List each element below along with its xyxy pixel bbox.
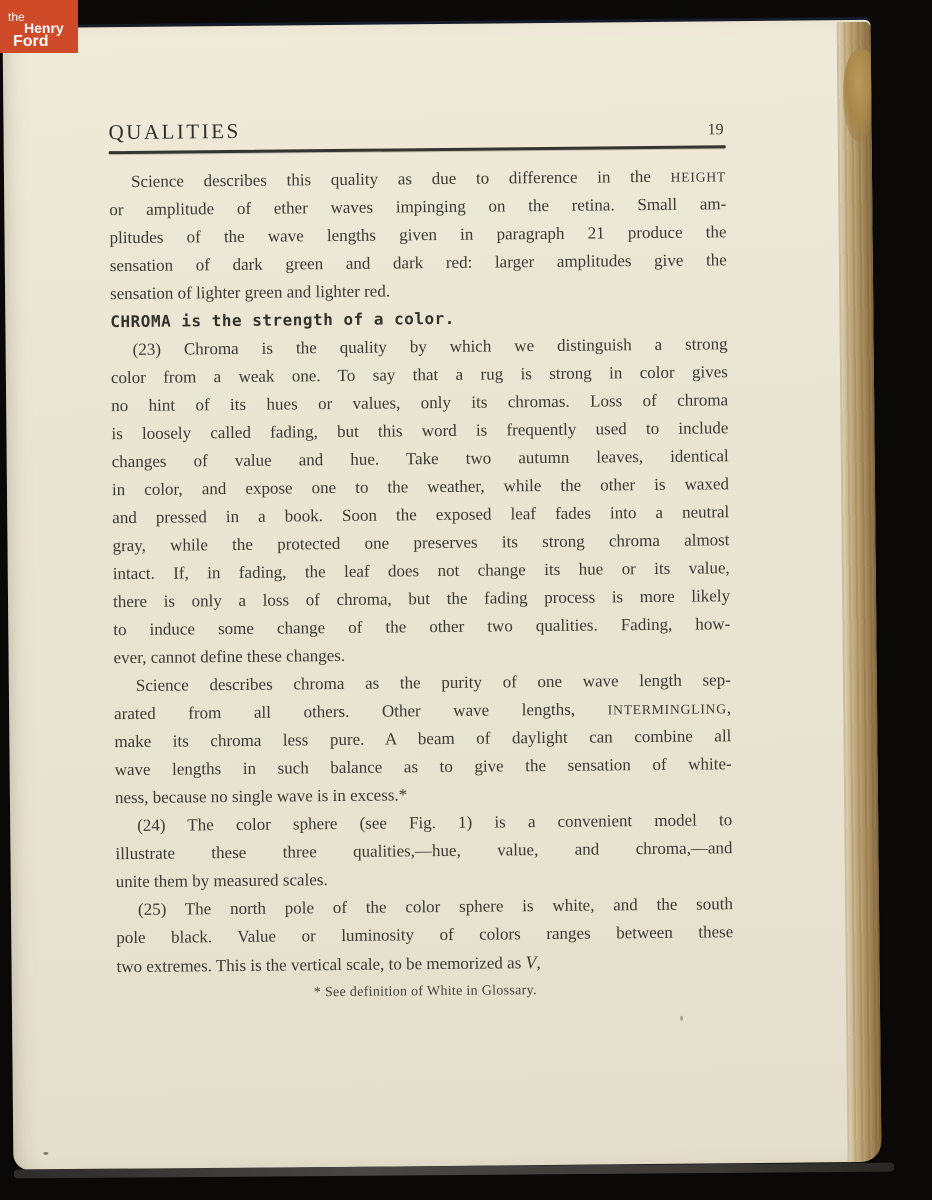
text-segment: or amplitude of ether waves impinging on… bbox=[109, 194, 726, 219]
text-segment: sensation of lighter green and lighter r… bbox=[110, 281, 390, 303]
text-segment: make its chroma less pure. A beam of day… bbox=[114, 726, 731, 751]
footnote: * See definition of White in Glossary. bbox=[117, 981, 734, 1003]
text-segment: gray, while the protected one preserves … bbox=[112, 530, 729, 555]
page-number: 19 bbox=[707, 121, 725, 139]
text-segment: arated from all others. Other wave lengt… bbox=[114, 699, 608, 723]
text-segment: pole black. Value or luminosity of color… bbox=[116, 922, 733, 947]
logo-text-the: the bbox=[8, 11, 25, 23]
henry-ford-logo: the Henry Ford bbox=[0, 0, 78, 53]
text-line: two extremes. This is the vertical scale… bbox=[116, 946, 733, 980]
text-segment: , bbox=[727, 698, 731, 717]
corner-wear-spot bbox=[843, 50, 878, 142]
page-edge-streaks bbox=[837, 22, 882, 1162]
text-line: to induce some change of the other two q… bbox=[113, 610, 730, 644]
text-block: Science describes this quality as due to… bbox=[109, 162, 734, 980]
running-head: QUALITIES 19 bbox=[108, 109, 725, 145]
text-segment: , bbox=[536, 953, 540, 972]
text-segment: color from a weak one. To say that a rug… bbox=[111, 362, 728, 387]
text-segment: and pressed in a book. Soon the exposed … bbox=[112, 502, 729, 527]
text-segment: sensation of dark green and dark red: la… bbox=[110, 250, 727, 275]
text-line: pole black. Value or luminosity of color… bbox=[116, 918, 733, 952]
text-segment: (23) Chroma is the quality by which we d… bbox=[133, 334, 728, 359]
text-segment: illustrate these three qualities,—hue, v… bbox=[115, 838, 732, 863]
text-segment: no hint of its hues or values, only its … bbox=[111, 390, 728, 415]
text-segment: changes of value and hue. Take two autum… bbox=[112, 446, 729, 471]
text-segment: two extremes. This is the vertical scale… bbox=[116, 953, 525, 976]
book-page: QUALITIES 19 Science describes this qual… bbox=[3, 20, 882, 1170]
logo-text-ford: Ford bbox=[13, 34, 49, 50]
page-content: QUALITIES 19 Science describes this qual… bbox=[108, 109, 733, 1003]
text-segment: CHROMA is the strength of a color. bbox=[110, 309, 455, 331]
book-fore-edge bbox=[837, 22, 882, 1162]
text-segment: unite them by measured scales. bbox=[116, 870, 328, 891]
text-segment: intact. If, in fading, the leaf does not… bbox=[113, 558, 730, 583]
text-segment: wave lengths in such balance as to give … bbox=[115, 754, 732, 779]
text-segment: INTERMINGLING bbox=[608, 701, 727, 717]
scan-background: QUALITIES 19 Science describes this qual… bbox=[0, 0, 932, 1200]
text-segment: plitudes of the wave lengths given in pa… bbox=[109, 222, 726, 247]
text-line: wave lengths in such balance as to give … bbox=[115, 750, 732, 784]
paper-speck bbox=[680, 1016, 683, 1021]
text-segment: Science describes chroma as the purity o… bbox=[136, 670, 731, 695]
text-segment: ness, because no single wave is in exces… bbox=[115, 785, 407, 807]
header-rule bbox=[109, 145, 726, 154]
page-title: QUALITIES bbox=[108, 119, 240, 145]
text-segment: (25) The north pole of the color sphere … bbox=[138, 894, 733, 919]
text-segment: there is only a loss of chroma, but the … bbox=[113, 586, 730, 611]
text-segment: to induce some change of the other two q… bbox=[113, 614, 730, 639]
text-segment: is loosely called fading, but this word … bbox=[111, 418, 728, 443]
text-segment: (24) The color sphere (see Fig. 1) is a … bbox=[137, 810, 732, 835]
text-segment: in color, and expose one to the weather,… bbox=[112, 474, 729, 499]
text-line: illustrate these three qualities,—hue, v… bbox=[115, 834, 732, 868]
text-segment: Science describes this quality as due to… bbox=[131, 167, 671, 191]
text-segment: ever, cannot define these changes. bbox=[113, 646, 345, 667]
paper-speck bbox=[43, 1152, 48, 1155]
text-line: sensation of dark green and dark red: la… bbox=[110, 246, 727, 280]
text-segment: HEIGHT bbox=[671, 169, 727, 185]
text-segment: V bbox=[525, 952, 536, 972]
